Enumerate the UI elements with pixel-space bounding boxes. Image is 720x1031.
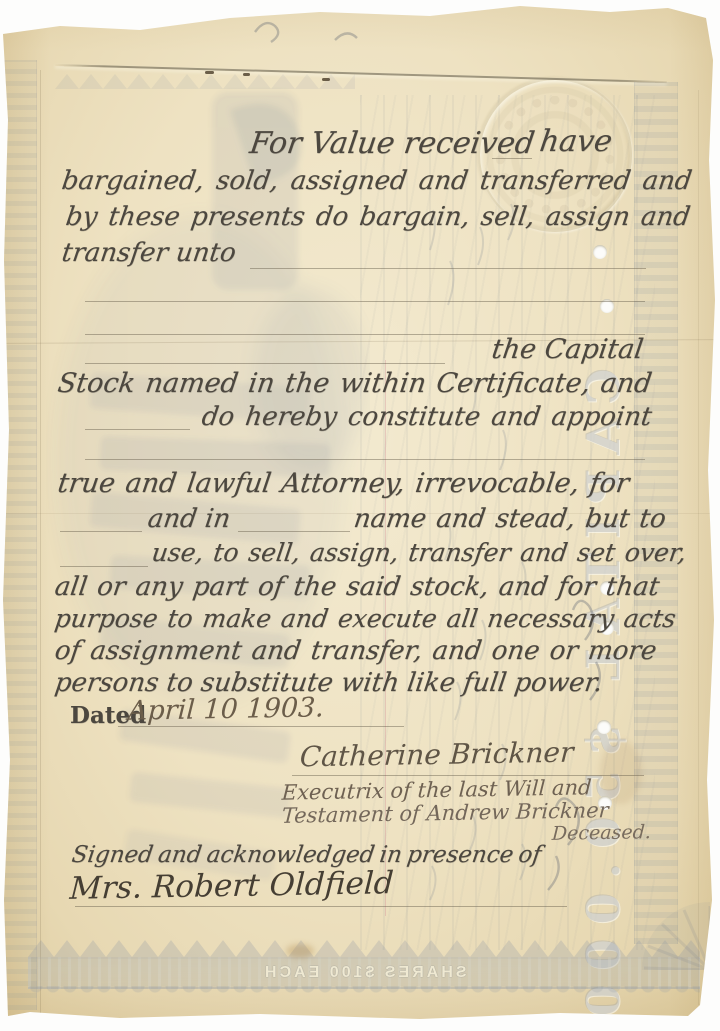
blank-line-rule [85, 429, 190, 430]
witness-rule [75, 906, 567, 907]
date-rule [118, 726, 404, 727]
form-line-2: bargained, sold, assigned and transferre… [60, 166, 694, 196]
witness-label: Signed and acknowledged in presence of [70, 842, 543, 868]
stain [600, 740, 642, 804]
right-fold-line [698, 90, 699, 1005]
blank-line-rule [492, 158, 532, 159]
crease-speck [243, 73, 250, 76]
form-line-12: purpose to make and execute all necessar… [53, 604, 678, 633]
form-line-3: by these presents do bargain, sell, assi… [64, 202, 692, 232]
form-line-6: Stock named in the within Certificate, a… [56, 368, 654, 399]
scan-background: CAPITAL $50.000 SHARES $100 EACH [0, 0, 720, 1031]
form-line-5: the Capital [490, 334, 645, 365]
form-line-opening: For Value received [248, 126, 537, 161]
transferee-blank-rule [250, 268, 646, 269]
form-line-11: all or any part of the said stock, and f… [53, 572, 661, 602]
form-line-8: true and lawful Attorney, irrevocable, f… [56, 468, 631, 499]
form-line-7: do hereby constitute and appoint [200, 402, 654, 432]
form-line-9b: name and stead, but to [352, 504, 668, 534]
form-line-14: persons to substitute with like full pow… [53, 668, 605, 698]
blank-line-rule [85, 301, 645, 302]
punch-hole [593, 245, 607, 259]
blank-line-rule [85, 363, 445, 364]
handwritten-signature: Catherine Brickner [299, 736, 574, 774]
stain [286, 944, 314, 958]
blank-line-rule [60, 566, 148, 567]
form-line-4: transfer unto [60, 238, 238, 268]
form-line-10: use, to sell, assign, transfer and set o… [150, 538, 688, 567]
form-line-opening-end: have [538, 124, 615, 159]
attorney-blank-rule [85, 459, 645, 460]
left-fold-line [40, 70, 41, 1015]
blank-line-rule [238, 531, 350, 532]
crease-speck [322, 78, 330, 81]
certificate-back-paper: CAPITAL $50.000 SHARES $100 EACH [0, 0, 720, 1031]
handwritten-capacity-3: Deceased. [551, 821, 651, 845]
crease-speck [205, 71, 214, 74]
form-line-13: of assignment and transfer, and one or m… [53, 636, 659, 666]
handwritten-date: April 10 1903. [127, 692, 325, 726]
form-line-9a: and in [146, 504, 232, 534]
handwritten-witness-signature: Mrs. Robert Oldfield [69, 865, 395, 907]
punch-hole [597, 720, 611, 734]
blank-line-rule [60, 531, 142, 532]
